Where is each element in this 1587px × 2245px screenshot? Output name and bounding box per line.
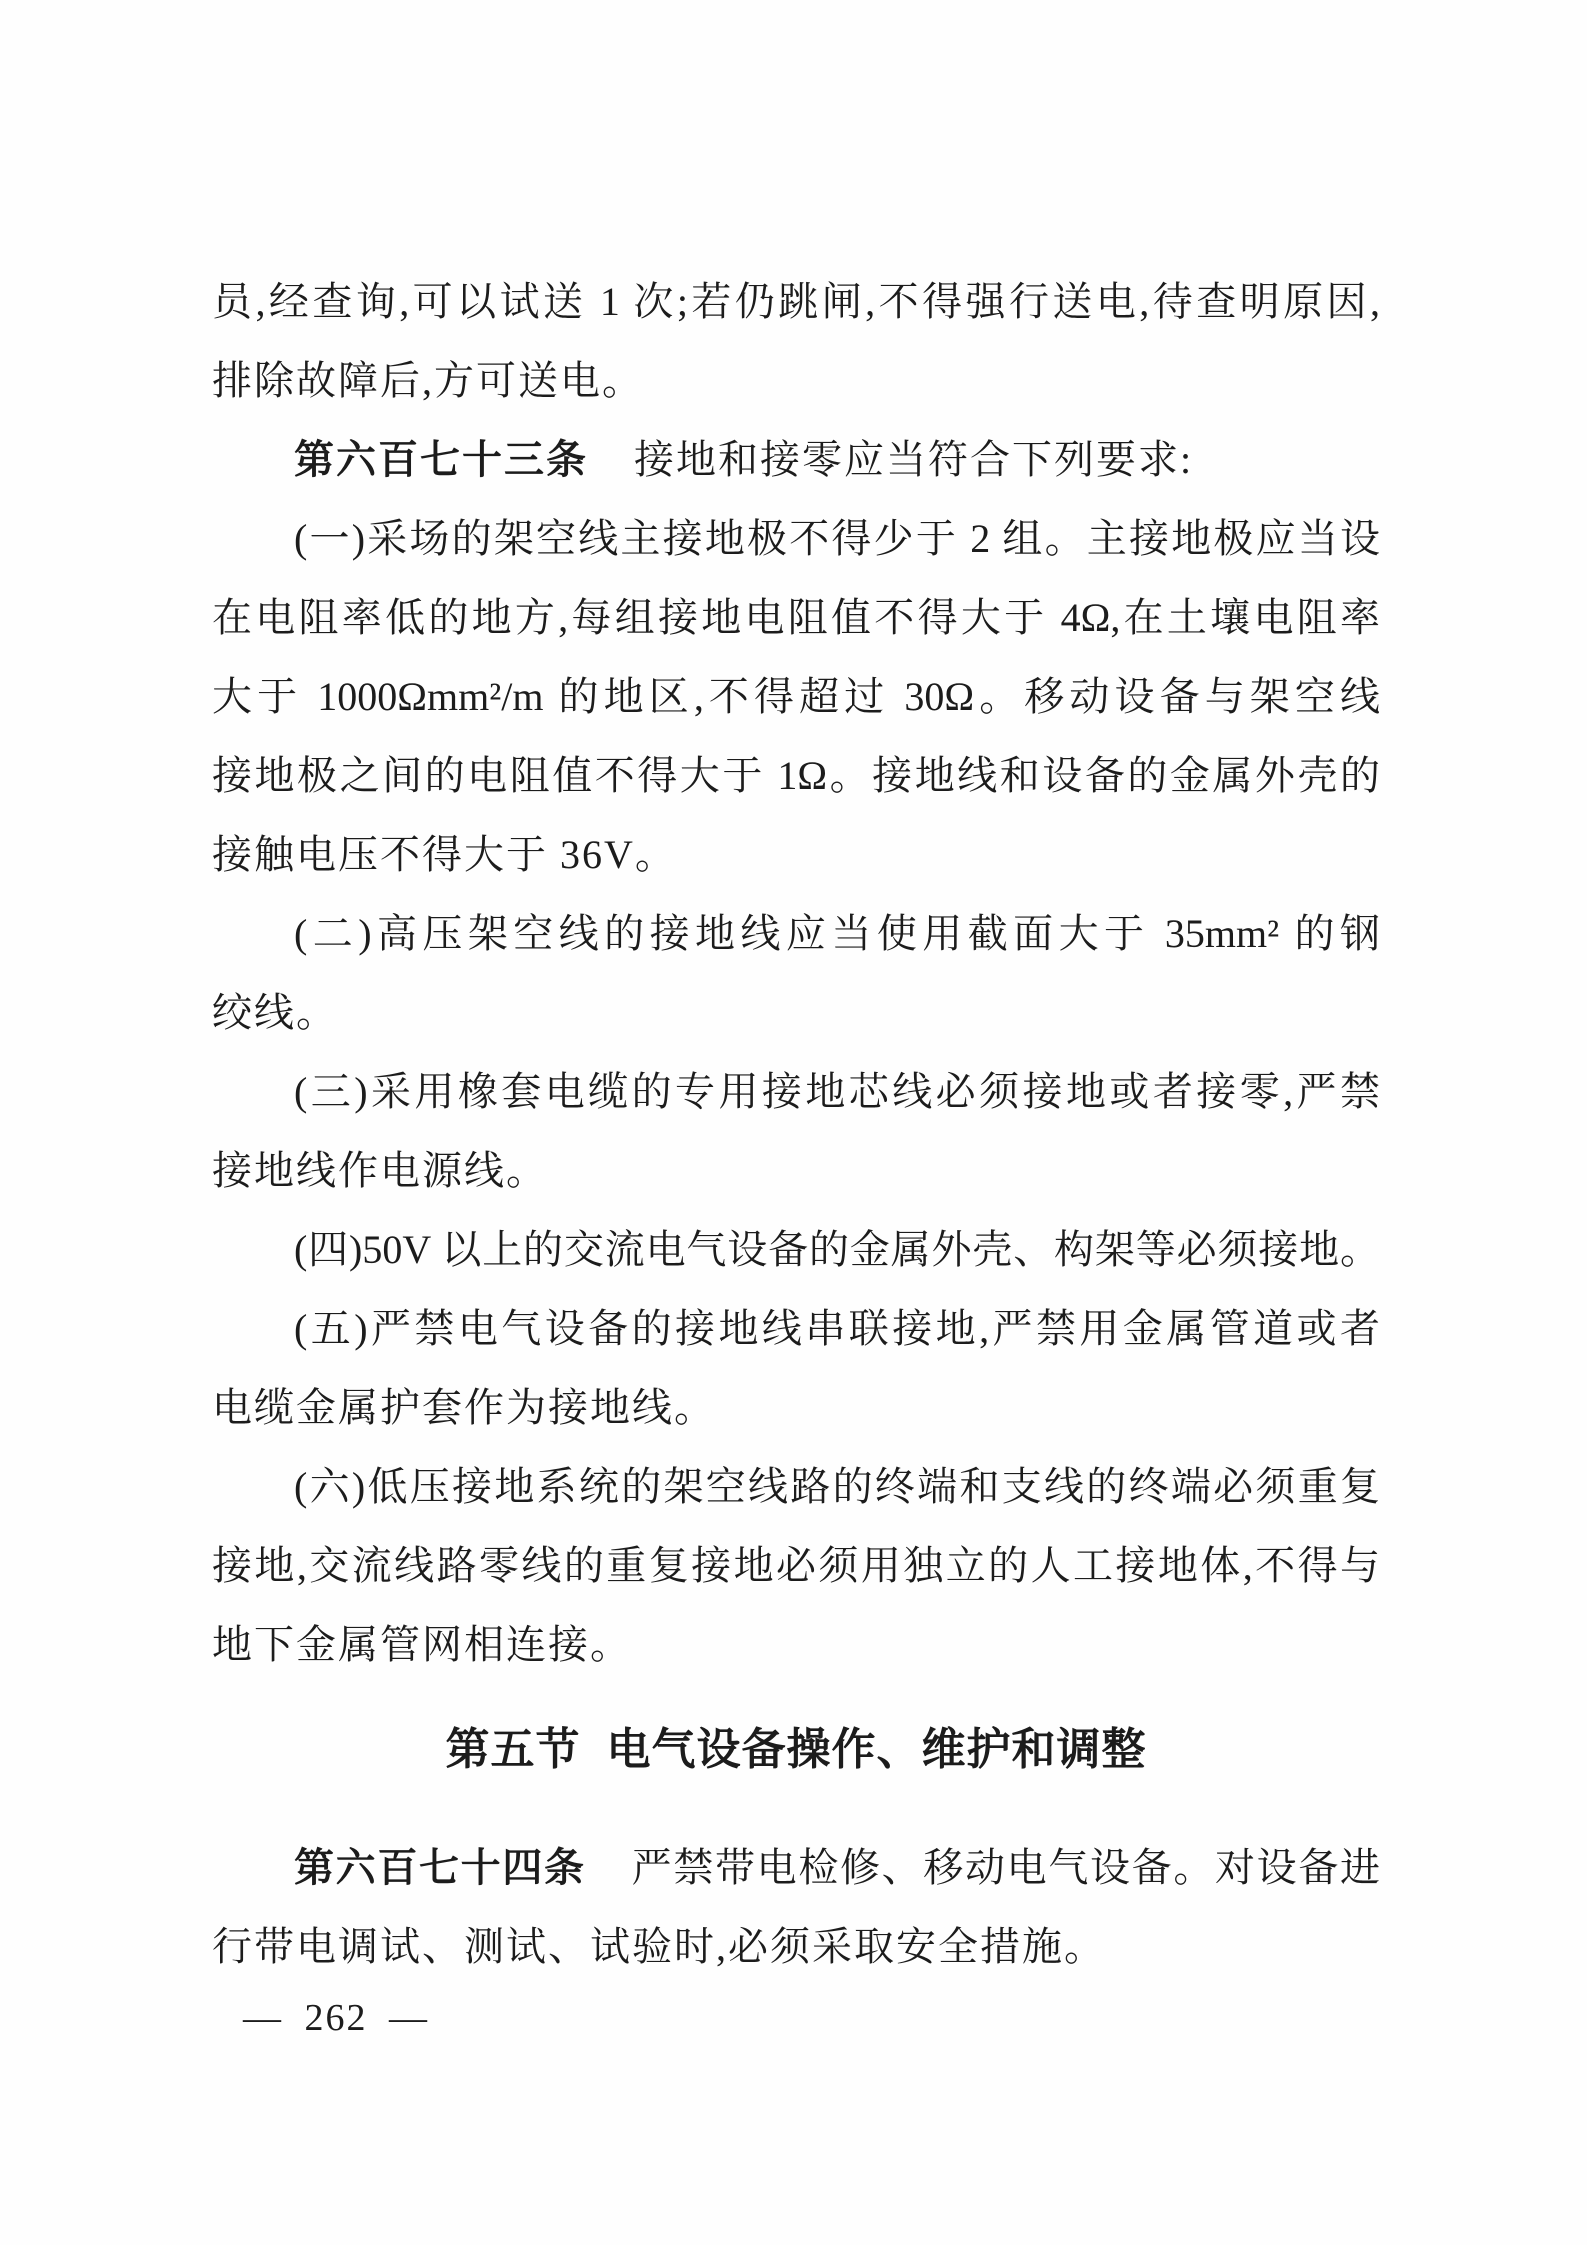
item-3-rubber-cable-core-line-1: (三)采用橡套电缆的专用接地芯线必须接地或者接零,严禁 bbox=[212, 1052, 1380, 1131]
term-bold-text: 电气设备操作、维护和调整 bbox=[607, 1725, 1147, 1774]
running-text: 行带电调试、测试、试验时,必须采取安全措施。 bbox=[212, 1924, 1106, 1969]
running-text: 大于 1000Ωmm²/m 的地区,不得超过 30Ω。移动设备与架空线 bbox=[212, 674, 1380, 719]
running-text: 电缆金属护套作为接地线。 bbox=[212, 1385, 716, 1430]
running-text: 接地极之间的电阻值不得大于 1Ω。接地线和设备的金属外壳的 bbox=[212, 753, 1380, 798]
item-6-repeated-earthing-line-3: 地下金属管网相连接。 bbox=[212, 1605, 1380, 1684]
running-text: (四)50V 以上的交流电气设备的金属外壳、构架等必须接地。 bbox=[294, 1227, 1380, 1272]
running-text: 在电阻率低的地方,每组接地电阻值不得大于 4Ω,在土壤电阻率 bbox=[212, 595, 1380, 640]
item-6-repeated-earthing-line-1: (六)低压接地系统的架空线路的终端和支线的终端必须重复 bbox=[212, 1447, 1380, 1526]
item-5-no-series-earthing-line-2: 电缆金属护套作为接地线。 bbox=[212, 1368, 1380, 1447]
para-resend-continuation-line-1: 员,经查询,可以试送 1 次;若仍跳闸,不得强行送电,待查明原因, bbox=[212, 262, 1380, 341]
running-text: 地下金属管网相连接。 bbox=[212, 1622, 632, 1667]
page-number: — 262 — bbox=[243, 1990, 429, 2046]
term-bold-text: 第六百七十三条 bbox=[294, 438, 588, 482]
running-text: 员,经查询,可以试送 1 次;若仍跳闸,不得强行送电,待查明原因, bbox=[212, 279, 1380, 324]
section-5-heading-line-1: 第五节电气设备操作、维护和调整 bbox=[212, 1700, 1380, 1800]
item-3-rubber-cable-core: (三)采用橡套电缆的专用接地芯线必须接地或者接零,严禁接地线作电源线。 bbox=[212, 1052, 1380, 1210]
document-page: 员,经查询,可以试送 1 次;若仍跳闸,不得强行送电,待查明原因,排除故障后,方… bbox=[0, 0, 1587, 2245]
item-1-main-earthing-line-4: 接地极之间的电阻值不得大于 1Ω。接地线和设备的金属外壳的 bbox=[212, 736, 1380, 815]
item-1-main-earthing-line-5: 接触电压不得大于 36V。 bbox=[212, 815, 1380, 894]
term-bold-text: 第六百七十四条 bbox=[294, 1846, 586, 1890]
item-1-main-earthing-line-2: 在电阻率低的地方,每组接地电阻值不得大于 4Ω,在土壤电阻率 bbox=[212, 578, 1380, 657]
running-text: 接地线作电源线。 bbox=[212, 1148, 548, 1193]
running-text: (三)采用橡套电缆的专用接地芯线必须接地或者接零,严禁 bbox=[294, 1069, 1380, 1114]
item-3-rubber-cable-core-line-2: 接地线作电源线。 bbox=[212, 1131, 1380, 1210]
article-674-line-1: 第六百七十四条严禁带电检修、移动电气设备。对设备进 bbox=[212, 1828, 1380, 1907]
item-2-hv-earthing-wire-line-2: 绞线。 bbox=[212, 973, 1380, 1052]
running-text: (五)严禁电气设备的接地线串联接地,严禁用金属管道或者 bbox=[294, 1306, 1380, 1351]
running-text: 接地和接零应当符合下列要求: bbox=[634, 437, 1193, 482]
item-4-metal-shell-earthing: (四)50V 以上的交流电气设备的金属外壳、构架等必须接地。 bbox=[212, 1210, 1380, 1289]
running-text: 绞线。 bbox=[212, 990, 338, 1035]
item-6-repeated-earthing-line-2: 接地,交流线路零线的重复接地必须用独立的人工接地体,不得与 bbox=[212, 1526, 1380, 1605]
para-resend-continuation-line-2: 排除故障后,方可送电。 bbox=[212, 341, 1380, 420]
term-bold-text: 第五节 bbox=[446, 1725, 581, 1774]
article-673-line-1: 第六百七十三条接地和接零应当符合下列要求: bbox=[212, 420, 1380, 499]
item-5-no-series-earthing-line-1: (五)严禁电气设备的接地线串联接地,严禁用金属管道或者 bbox=[212, 1289, 1380, 1368]
article-674-line-2: 行带电调试、测试、试验时,必须采取安全措施。 bbox=[212, 1907, 1380, 1986]
item-1-main-earthing-line-1: (一)采场的架空线主接地极不得少于 2 组。主接地极应当设 bbox=[212, 499, 1380, 578]
item-4-metal-shell-earthing-line-1: (四)50V 以上的交流电气设备的金属外壳、构架等必须接地。 bbox=[212, 1210, 1380, 1289]
article-673: 第六百七十三条接地和接零应当符合下列要求: bbox=[212, 420, 1380, 499]
item-2-hv-earthing-wire-line-1: (二)高压架空线的接地线应当使用截面大于 35mm² 的钢 bbox=[212, 894, 1380, 973]
item-2-hv-earthing-wire: (二)高压架空线的接地线应当使用截面大于 35mm² 的钢绞线。 bbox=[212, 894, 1380, 1052]
article-674: 第六百七十四条严禁带电检修、移动电气设备。对设备进行带电调试、测试、试验时,必须… bbox=[212, 1828, 1380, 1986]
running-text: 严禁带电检修、移动电气设备。对设备进 bbox=[632, 1845, 1380, 1890]
document-content: 员,经查询,可以试送 1 次;若仍跳闸,不得强行送电,待查明原因,排除故障后,方… bbox=[212, 262, 1380, 1986]
section-5-heading: 第五节电气设备操作、维护和调整 bbox=[212, 1700, 1380, 1800]
para-resend-continuation: 员,经查询,可以试送 1 次;若仍跳闸,不得强行送电,待查明原因,排除故障后,方… bbox=[212, 262, 1380, 420]
running-text: (二)高压架空线的接地线应当使用截面大于 35mm² 的钢 bbox=[294, 911, 1380, 956]
item-1-main-earthing: (一)采场的架空线主接地极不得少于 2 组。主接地极应当设在电阻率低的地方,每组… bbox=[212, 499, 1380, 894]
running-text: 排除故障后,方可送电。 bbox=[212, 358, 644, 403]
item-1-main-earthing-line-3: 大于 1000Ωmm²/m 的地区,不得超过 30Ω。移动设备与架空线 bbox=[212, 657, 1380, 736]
item-5-no-series-earthing: (五)严禁电气设备的接地线串联接地,严禁用金属管道或者电缆金属护套作为接地线。 bbox=[212, 1289, 1380, 1447]
item-6-repeated-earthing: (六)低压接地系统的架空线路的终端和支线的终端必须重复接地,交流线路零线的重复接… bbox=[212, 1447, 1380, 1684]
running-text: 接地,交流线路零线的重复接地必须用独立的人工接地体,不得与 bbox=[212, 1543, 1380, 1588]
running-text: 接触电压不得大于 36V。 bbox=[212, 832, 677, 877]
running-text: (一)采场的架空线主接地极不得少于 2 组。主接地极应当设 bbox=[294, 516, 1380, 561]
running-text: (六)低压接地系统的架空线路的终端和支线的终端必须重复 bbox=[294, 1464, 1380, 1509]
